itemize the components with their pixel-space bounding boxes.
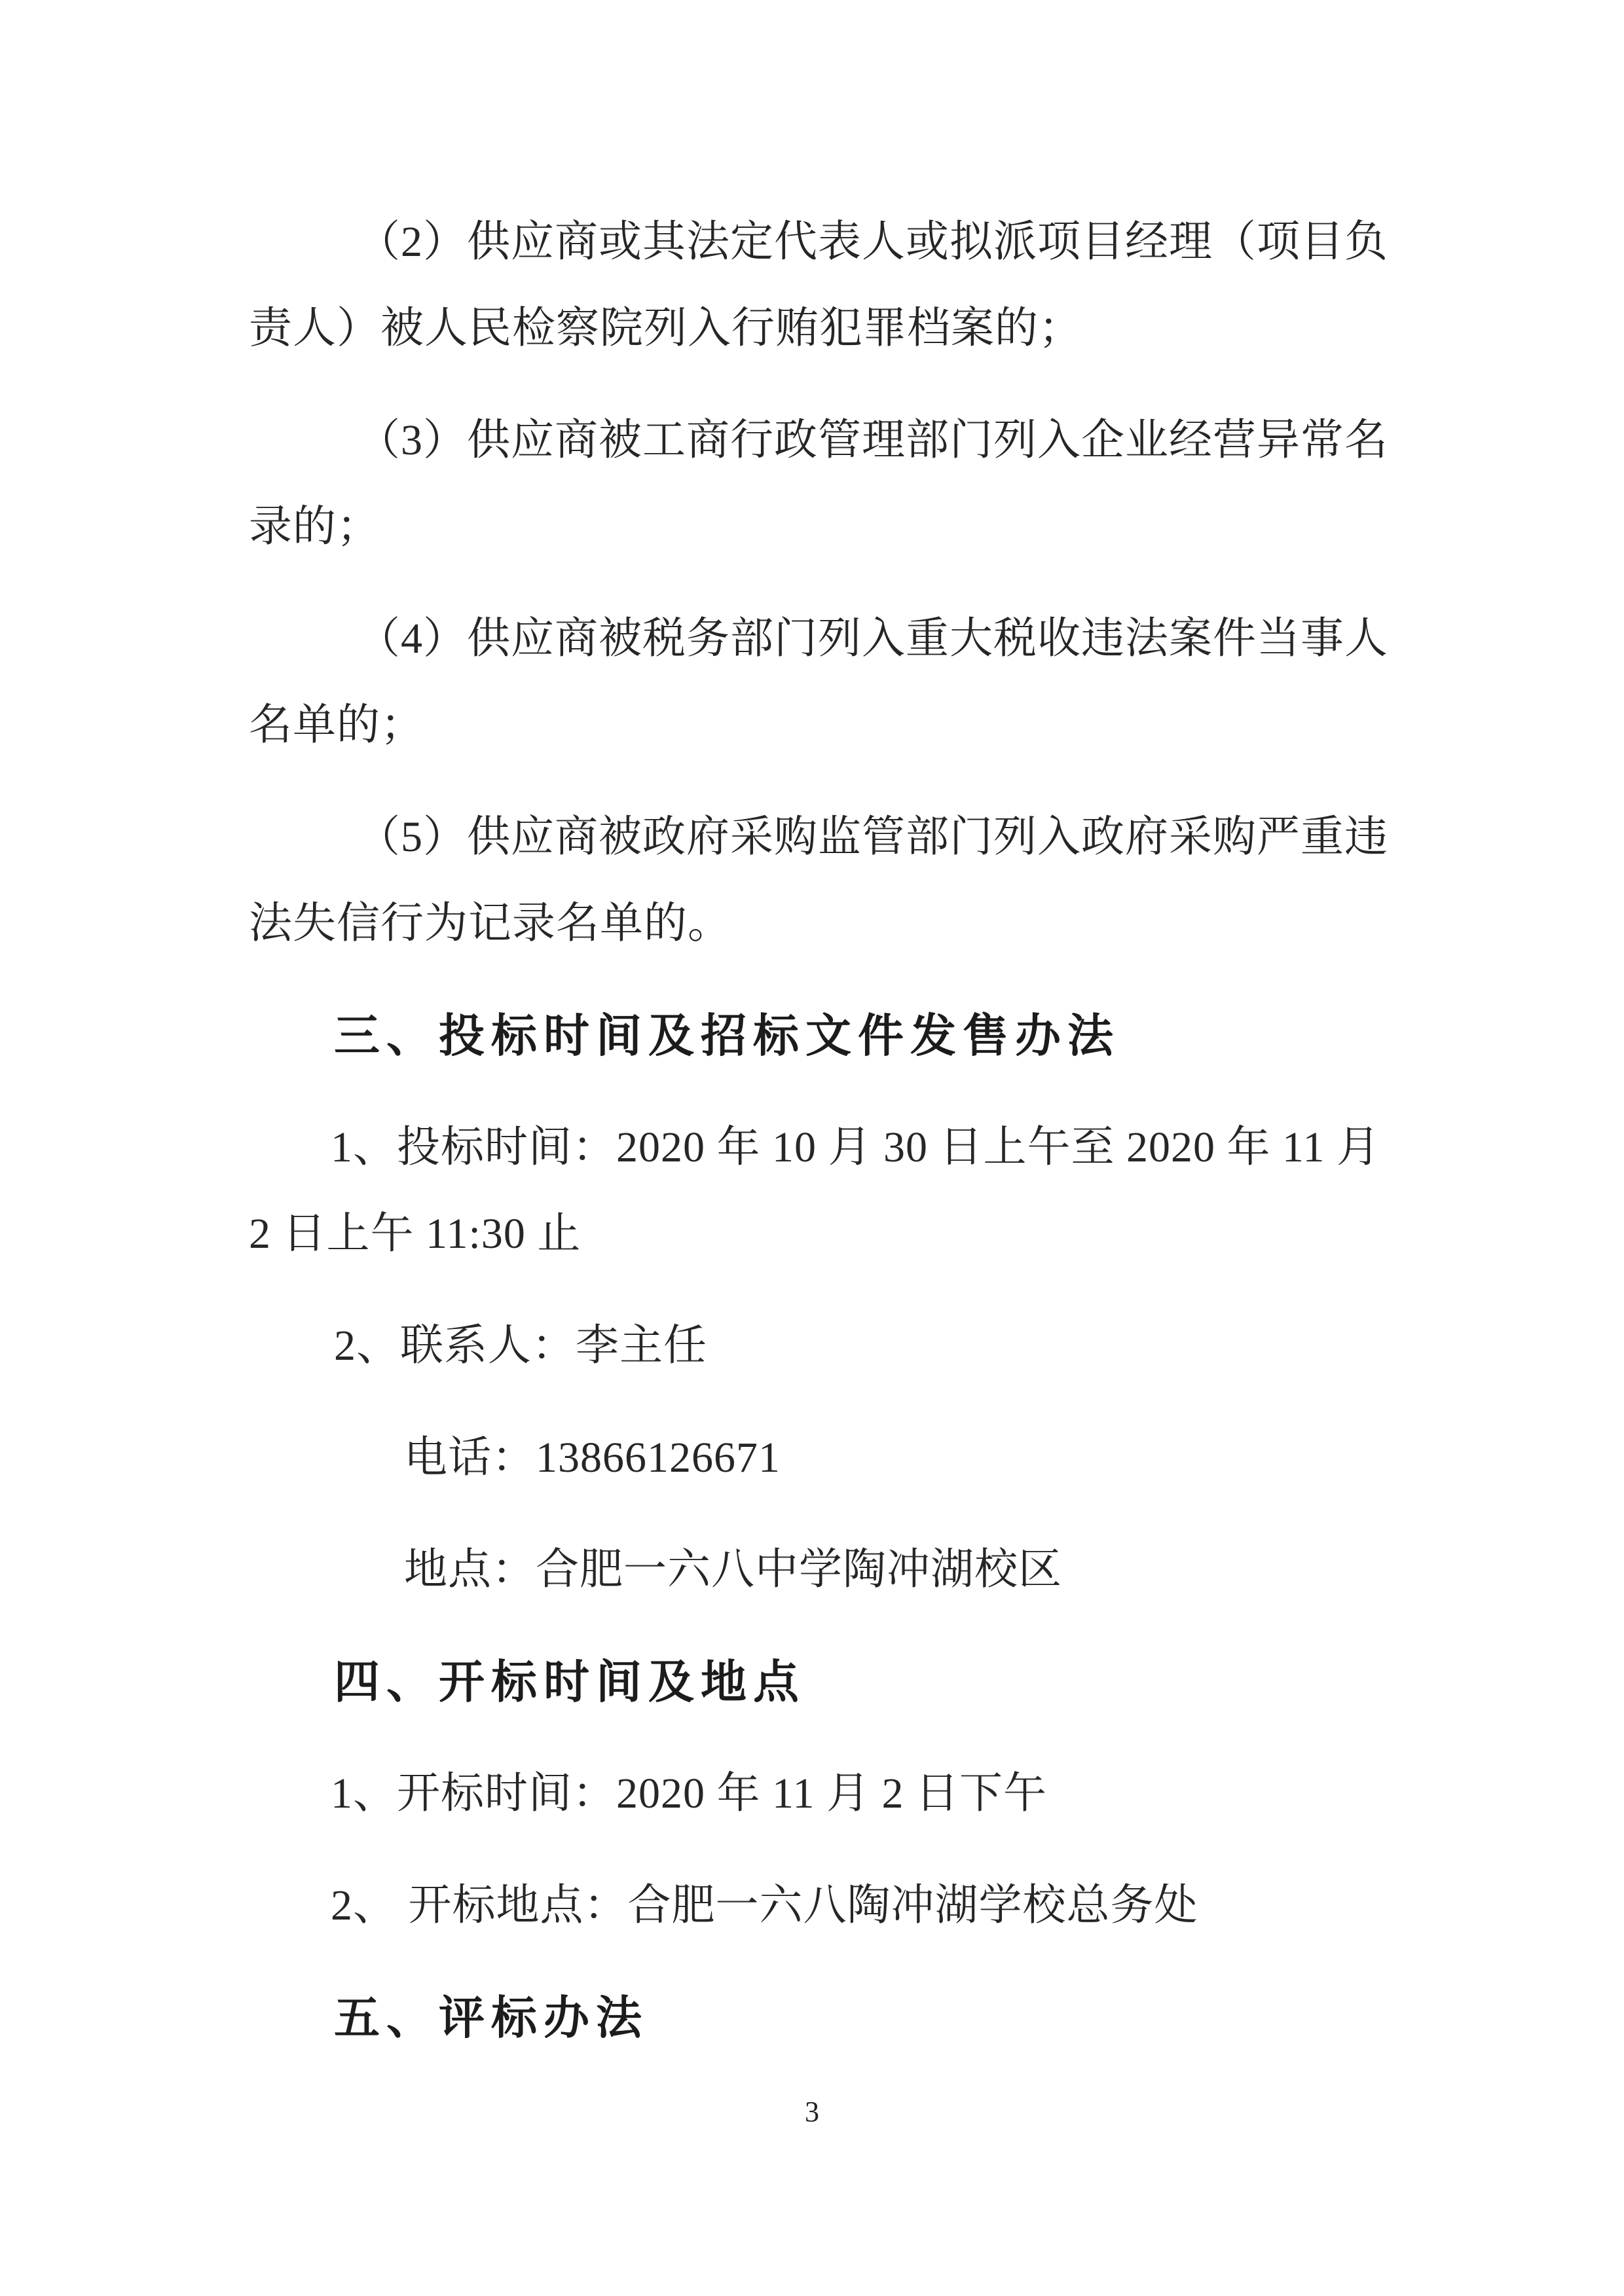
- clause-2-line-1: （2）供应商或其法定代表人或拟派项目经理（项目负: [249, 199, 1388, 285]
- page-number: 3: [0, 2092, 1624, 2132]
- contact-phone-line: 电话：13866126671: [249, 1415, 1388, 1501]
- bid-time-line-2: 2 日上午 11:30 止: [249, 1191, 1388, 1277]
- bid-time-line-1: 1、投标时间：2020 年 10 月 30 日上午至 2020 年 11 月: [249, 1104, 1388, 1191]
- section-3-heading: 三、投标时间及招标文件发售办法: [249, 993, 1388, 1079]
- opening-place-line: 2、 开标地点：合肥一六八陶冲湖学校总务处: [249, 1863, 1388, 1949]
- clause-2-line-2: 责人）被人民检察院列入行贿犯罪档案的；: [249, 285, 1388, 372]
- clause-3-line-1: （3）供应商被工商行政管理部门列入企业经营异常名: [249, 397, 1388, 484]
- contact-person-line: 2、联系人：李主任: [249, 1303, 1388, 1389]
- contact-address-line: 地点：合肥一六八中学陶冲湖校区: [249, 1527, 1388, 1613]
- clause-4-line-2: 名单的；: [249, 682, 1388, 769]
- clause-4-line-1: （4）供应商被税务部门列入重大税收违法案件当事人: [249, 596, 1388, 682]
- section-5-heading: 五、评标办法: [249, 1975, 1388, 2061]
- document-body: （2）供应商或其法定代表人或拟派项目经理（项目负 责人）被人民检察院列入行贿犯罪…: [249, 199, 1388, 2061]
- clause-3-line-2: 录的；: [249, 484, 1388, 570]
- clause-5-line-2: 法失信行为记录名单的。: [249, 881, 1388, 967]
- opening-time-line: 1、开标时间：2020 年 11 月 2 日下午: [249, 1751, 1388, 1837]
- clause-5-line-1: （5）供应商被政府采购监管部门列入政府采购严重违: [249, 794, 1388, 881]
- document-page: （2）供应商或其法定代表人或拟派项目经理（项目负 责人）被人民检察院列入行贿犯罪…: [0, 0, 1624, 2296]
- section-4-heading: 四、开标时间及地点: [249, 1639, 1388, 1725]
